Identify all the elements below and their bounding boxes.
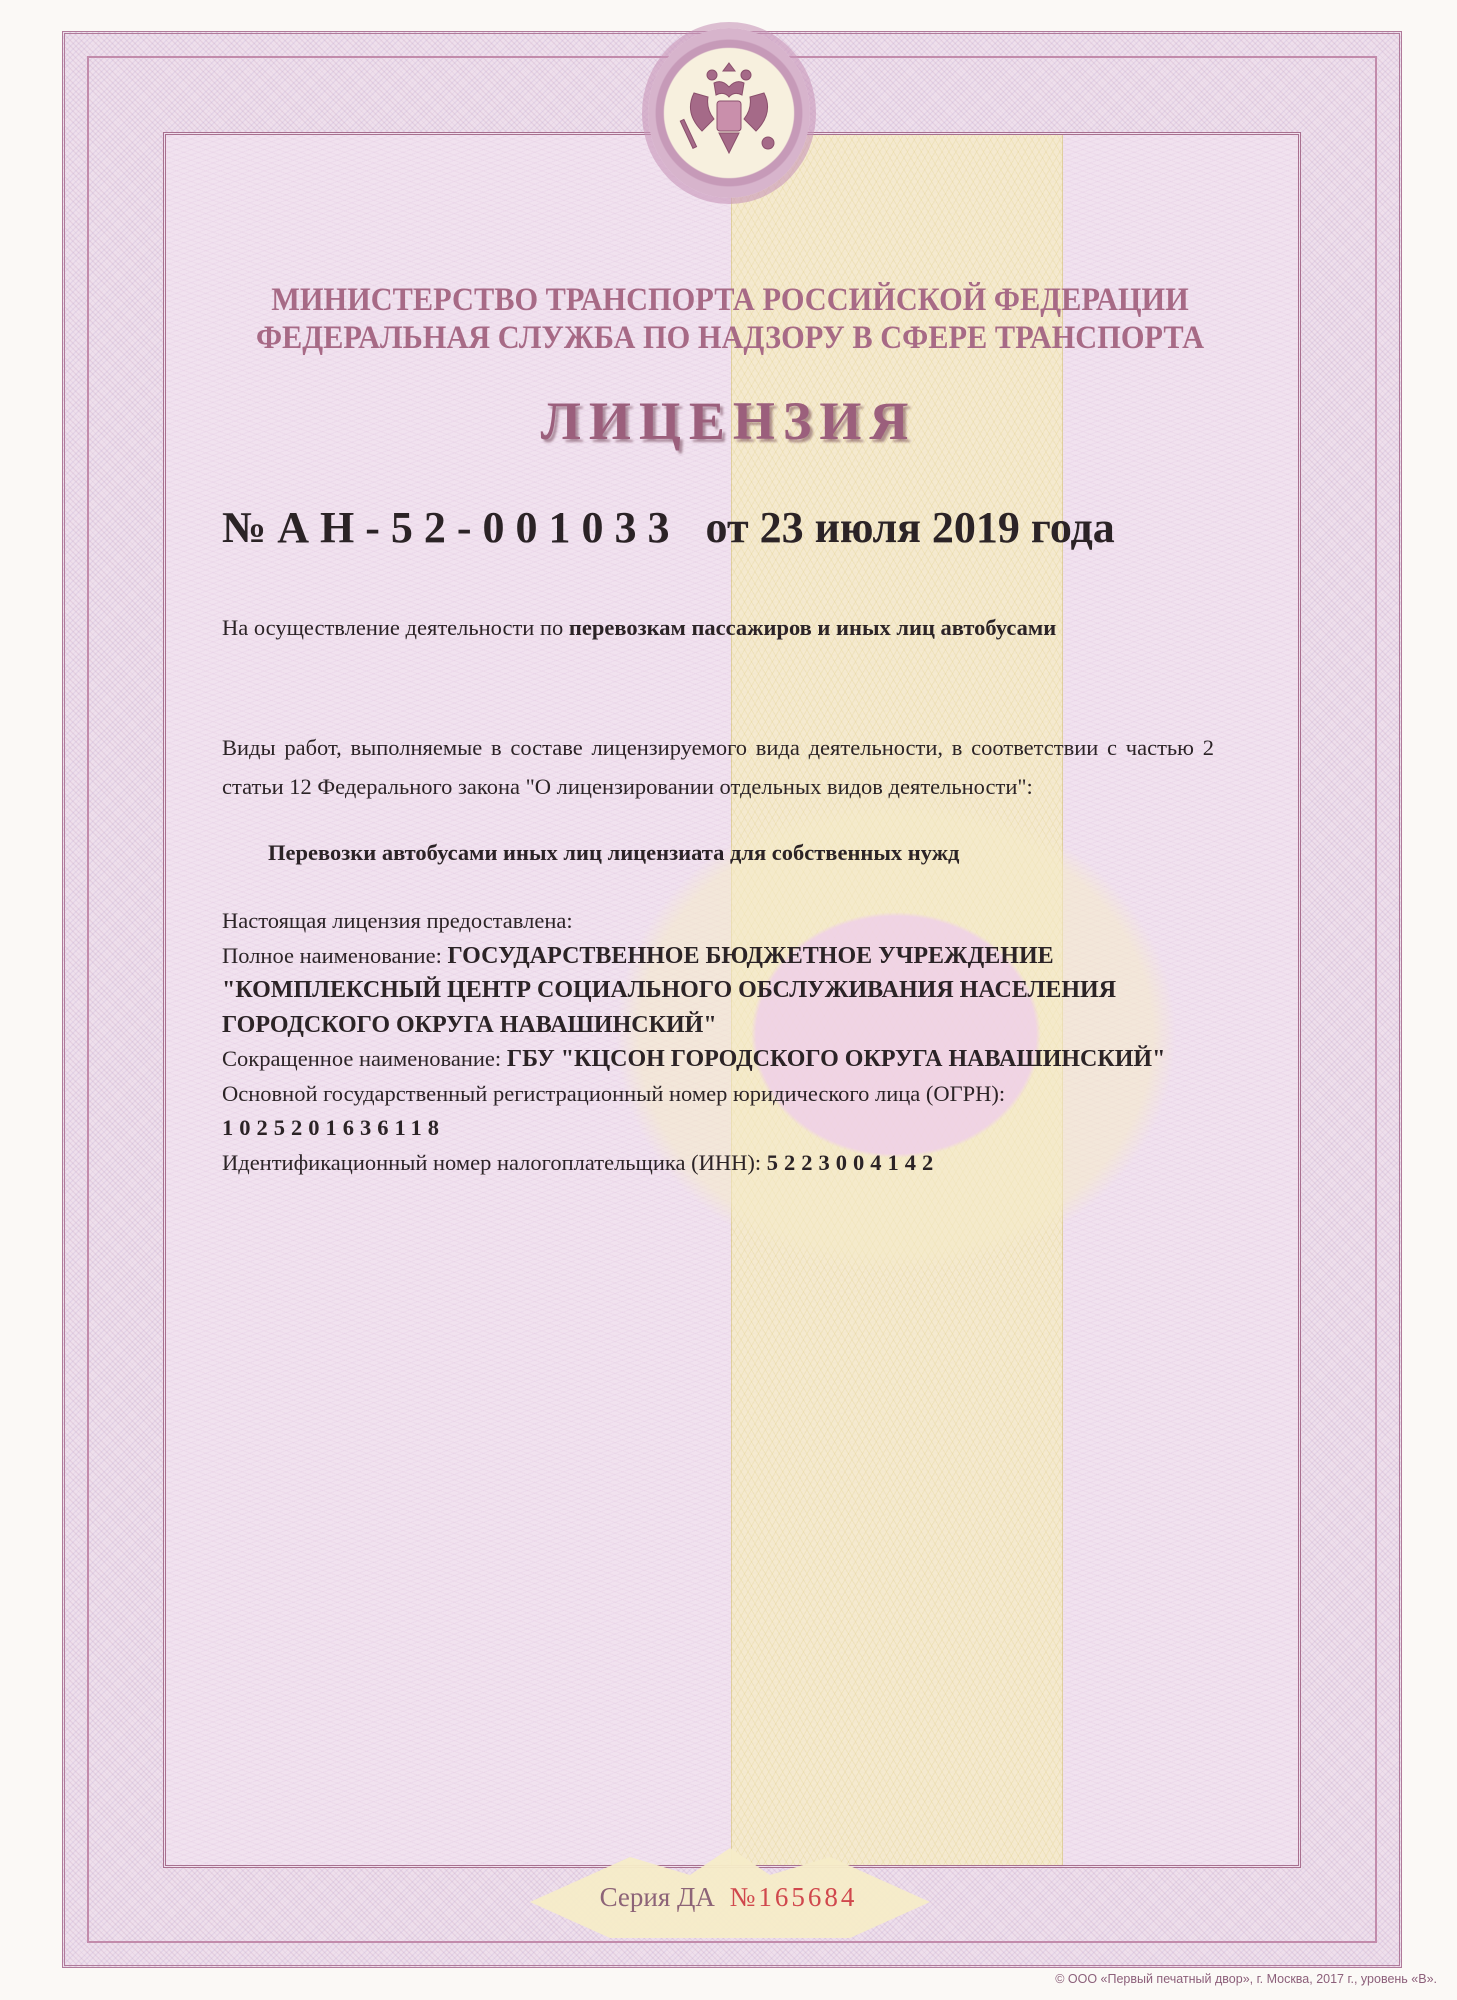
activity-name: перевозкам пассажиров и иных лиц автобус… <box>569 615 1056 640</box>
short-name-row: Сокращенное наименование: ГБУ "КЦСОН ГОР… <box>222 1042 1214 1077</box>
works-intro: Виды работ, выполняемые в составе лиценз… <box>222 728 1214 806</box>
activity-paragraph: На осуществление деятельности по перевоз… <box>222 608 1214 647</box>
agency-name: ФЕДЕРАЛЬНАЯ СЛУЖБА ПО НАДЗОРУ В СФЕРЕ ТР… <box>242 320 1217 357</box>
series-number: №165684 <box>730 1882 858 1912</box>
number-sign: № <box>222 503 266 552</box>
inn-row: Идентификационный номер налогоплательщик… <box>222 1146 1214 1181</box>
granted-label: Настоящая лицензия предоставлена: <box>222 904 1214 939</box>
license-content: МИНИСТЕРСТВО ТРАНСПОРТА РОССИЙСКОЙ ФЕДЕР… <box>0 0 1457 2000</box>
full-name-label: Полное наименование: <box>222 943 442 968</box>
licensee-block: Настоящая лицензия предоставлена: Полное… <box>222 904 1214 1180</box>
short-name-value: ГБУ "КЦСОН ГОРОДСКОГО ОКРУГА НАВАШИНСКИЙ… <box>507 1046 1166 1072</box>
full-name-row: Полное наименование: ГОСУДАРСТВЕННОЕ БЮД… <box>222 939 1214 1043</box>
inn-label: Идентификационный номер налогоплательщик… <box>222 1150 761 1175</box>
document-title: ЛИЦЕНЗИЯ <box>0 390 1457 452</box>
series-label: Серия ДА <box>600 1882 715 1912</box>
license-number-line: № АН-52-001033 от 23 июля 2019 года <box>222 502 1115 553</box>
works-item: Перевозки автобусами иных лиц лицензиата… <box>268 840 959 866</box>
inn-value: 5223004142 <box>767 1150 940 1175</box>
ogrn-value: 1025201636118 <box>222 1111 1214 1146</box>
activity-intro: На осуществление деятельности по <box>222 615 563 640</box>
license-date: от 23 июля 2019 года <box>706 503 1115 552</box>
ministry-name: МИНИСТЕРСТВО ТРАНСПОРТА РОССИЙСКОЙ ФЕДЕР… <box>242 282 1217 319</box>
form-series: Серия ДА №165684 <box>0 1882 1457 1913</box>
license-number: АН-52-001033 <box>277 503 680 552</box>
short-name-label: Сокращенное наименование: <box>222 1046 501 1071</box>
ogrn-label: Основной государственный регистрационный… <box>222 1077 1214 1112</box>
